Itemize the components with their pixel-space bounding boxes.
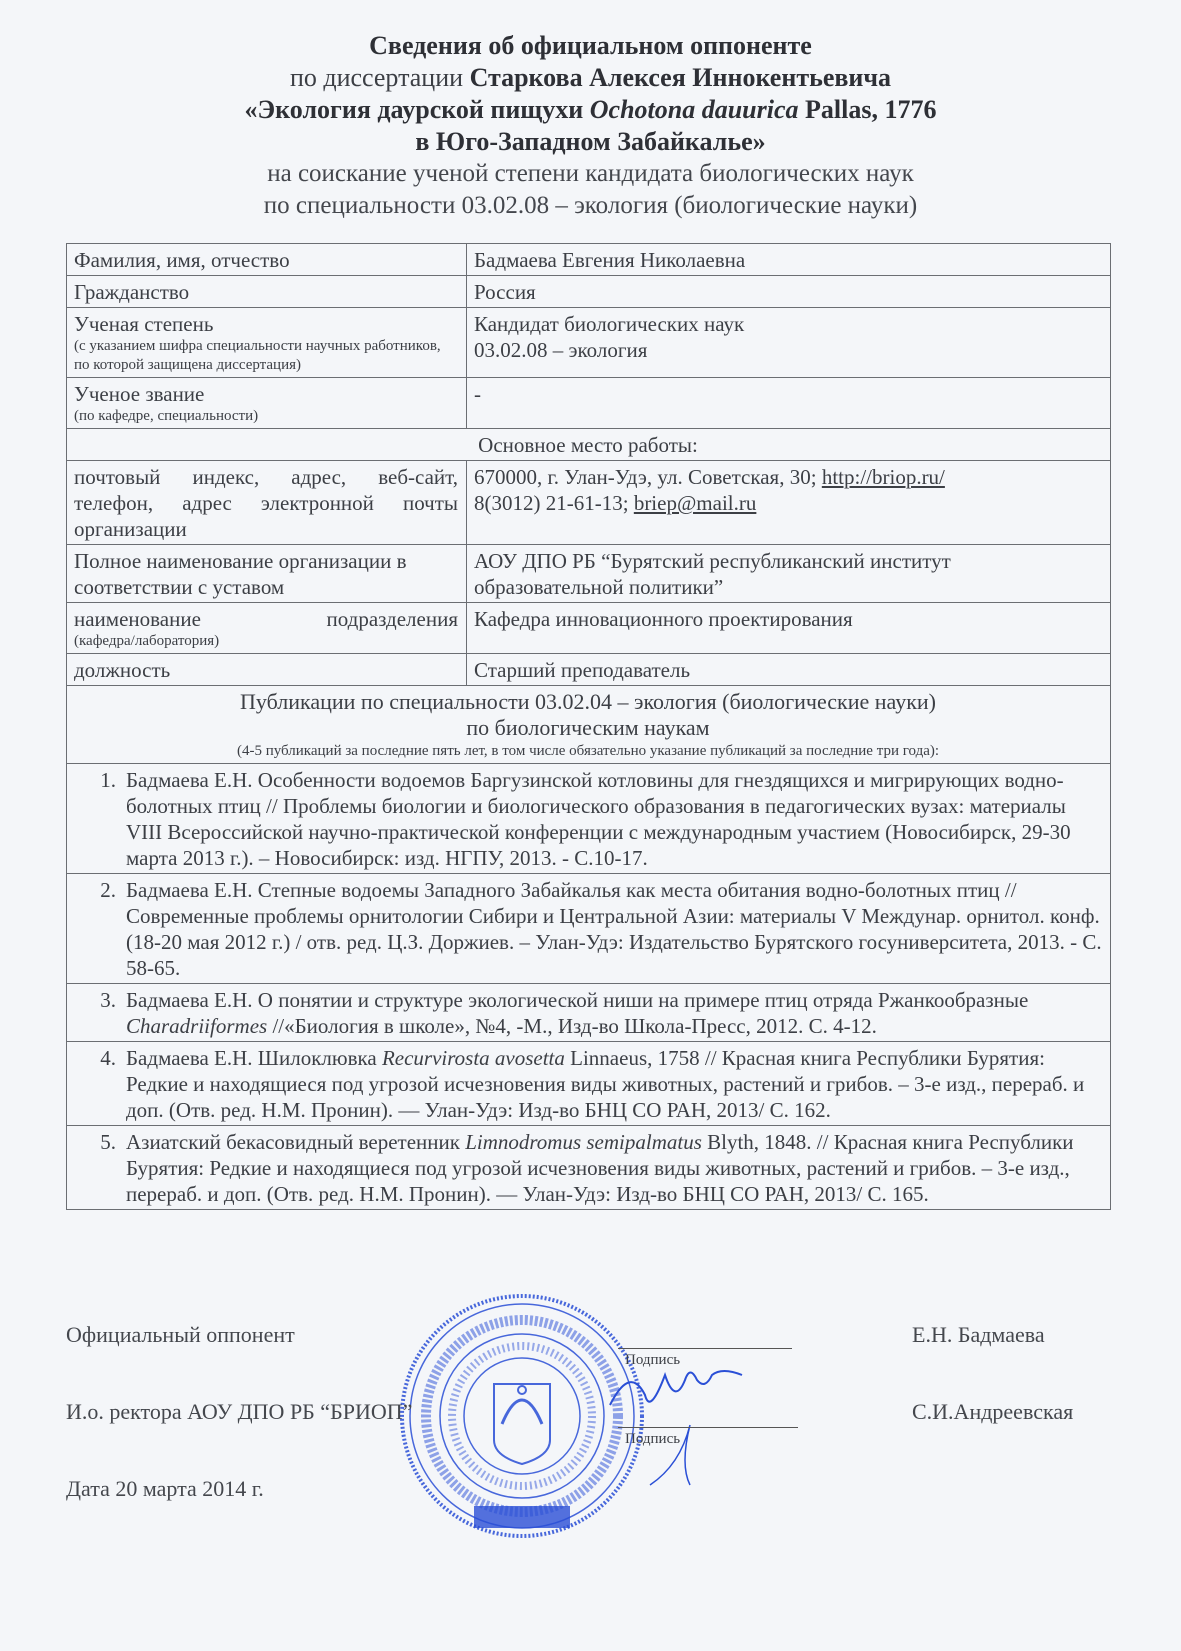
publication-item: 3.Бадмаева Е.Н. О понятии и структуре эк… <box>74 987 1102 1039</box>
table-row: Полное наименование организации в соотве… <box>67 545 1111 603</box>
publications-list: 1.Бадмаева Е.Н. Особенности водоемов Бар… <box>67 764 1111 1210</box>
dept-cell: наименование подразделения (кафедра/лабо… <box>67 603 467 654</box>
degree-line: на соискание ученой степени кандидата би… <box>0 158 1181 190</box>
publication-text: Бадмаева Е.Н. О понятии и структуре экол… <box>126 987 1102 1039</box>
publications-subheading: по биологическим наукам <box>74 715 1102 741</box>
specialty-line: по специальности 03.02.08 – экология (би… <box>0 190 1181 222</box>
dissertation-line: по диссертации Старкова Алексея Иннокент… <box>0 62 1181 94</box>
publication-cell: 4.Бадмаева Е.Н. Шилоклювка Recurvirosta … <box>67 1042 1111 1126</box>
degree-value: Кандидат биологических наук <box>474 311 1102 337</box>
dept-note: (кафедра/лаборатория) <box>74 632 458 651</box>
table-row: должность Старший преподаватель <box>67 654 1111 686</box>
thesis-title-line2: в Юго-Западном Забайкалье» <box>0 126 1181 158</box>
publication-cell: 5.Азиатский бекасовидный веретенник Limn… <box>67 1126 1111 1210</box>
publications-note: (4-5 публикаций за последние пять лет, в… <box>74 741 1102 761</box>
rector-label: И.о. ректора АОУ ДПО РБ “БРИОП” <box>66 1399 412 1425</box>
table-row: Ученая степень (с указанием шифра специа… <box>67 308 1111 378</box>
table-row: почтовый индекс, адрес, веб-сайт, телефо… <box>67 461 1111 545</box>
position-label: должность <box>67 654 467 686</box>
table-row: Ученое звание (по кафедре, специальности… <box>67 378 1111 429</box>
workplace-header: Основное место работы: <box>67 429 1111 461</box>
fio-value: Бадмаева Евгения Николаевна <box>467 244 1111 276</box>
document-header: Сведения об официальном оппоненте по дис… <box>0 30 1181 222</box>
address-label: почтовый индекс, адрес, веб-сайт, телефо… <box>67 461 467 545</box>
opponent-info-table: Фамилия, имя, отчество Бадмаева Евгения … <box>66 243 1111 1210</box>
publication-item: 4.Бадмаева Е.Н. Шилоклювка Recurvirosta … <box>74 1045 1102 1123</box>
rector-name: С.И.Андреевская <box>912 1399 1073 1425</box>
species-name: Charadriiformes <box>126 1014 267 1038</box>
address-value: 670000, г. Улан-Удэ, ул. Советская, 30; <box>474 465 822 489</box>
document-title: Сведения об официальном оппоненте <box>0 30 1181 62</box>
publication-item: 2.Бадмаева Е.Н. Степные водоемы Западног… <box>74 877 1102 981</box>
dept-value: Кафедра инновационного проектирования <box>467 603 1111 654</box>
publication-cell: 2.Бадмаева Е.Н. Степные водоемы Западног… <box>67 874 1111 984</box>
species-name: Limnodromus semipalmatus <box>465 1130 702 1154</box>
academic-title-note: (по кафедре, специальности) <box>74 407 458 426</box>
table-row: Фамилия, имя, отчество Бадмаева Евгения … <box>67 244 1111 276</box>
degree-value-cell: Кандидат биологических наук 03.02.08 – э… <box>467 308 1111 378</box>
publication-text: Бадмаева Е.Н. Особенности водоемов Баргу… <box>126 767 1102 871</box>
opponent-label: Официальный оппонент <box>66 1322 295 1348</box>
publication-text: Бадмаева Е.Н. Шилоклювка Recurvirosta av… <box>126 1045 1102 1123</box>
website-link[interactable]: http://briop.ru/ <box>822 465 945 489</box>
org-label: Полное наименование организации в соотве… <box>67 545 467 603</box>
publications-heading: Публикации по специальности 03.02.04 – э… <box>74 689 1102 715</box>
publication-row: 1.Бадмаева Е.Н. Особенности водоемов Бар… <box>67 764 1111 874</box>
publication-cell: 3.Бадмаева Е.Н. О понятии и структуре эк… <box>67 984 1111 1042</box>
publication-row: 5.Азиатский бекасовидный веретенник Limn… <box>67 1126 1111 1210</box>
dept-label: наименование подразделения <box>74 606 458 632</box>
publication-number: 2. <box>82 877 126 981</box>
academic-title-label: Ученое звание <box>74 382 204 406</box>
publication-text: Бадмаева Е.Н. Степные водоемы Западного … <box>126 877 1102 981</box>
address-value-cell: 670000, г. Улан-Удэ, ул. Советская, 30; … <box>467 461 1111 545</box>
publication-row: 4.Бадмаева Е.Н. Шилоклювка Recurvirosta … <box>67 1042 1111 1126</box>
species-name: Recurvirosta avosetta <box>382 1046 565 1070</box>
signing-date: Дата 20 марта 2014 г. <box>66 1476 264 1502</box>
email-link[interactable]: briep@mail.ru <box>634 491 757 515</box>
rector-signature-line <box>618 1427 798 1428</box>
publication-item: 1.Бадмаева Е.Н. Особенности водоемов Бар… <box>74 767 1102 871</box>
org-value: АОУ ДПО РБ “Бурятский республиканский ин… <box>467 545 1111 603</box>
degree-specialty: 03.02.08 – экология <box>474 337 1102 363</box>
degree-cell: Ученая степень (с указанием шифра специа… <box>67 308 467 378</box>
publication-cell: 1.Бадмаева Е.Н. Особенности водоемов Бар… <box>67 764 1111 874</box>
academic-title-value: - <box>467 378 1111 429</box>
phone-value: 8(3012) 21-61-13; <box>474 491 634 515</box>
academic-title-cell: Ученое звание (по кафедре, специальности… <box>67 378 467 429</box>
publication-text: Азиатский бекасовидный веретенник Limnod… <box>126 1129 1102 1207</box>
candidate-name: Старкова Алексея Иннокентьевича <box>470 63 892 92</box>
rector-signature-label: Подпись <box>625 1431 680 1448</box>
degree-note: (с указанием шифра специальности научных… <box>74 337 458 375</box>
publication-number: 5. <box>82 1129 126 1207</box>
publication-row: 2.Бадмаева Е.Н. Степные водоемы Западног… <box>67 874 1111 984</box>
degree-label: Ученая степень <box>74 312 213 336</box>
table-row: Гражданство Россия <box>67 276 1111 308</box>
publication-row: 3.Бадмаева Е.Н. О понятии и структуре эк… <box>67 984 1111 1042</box>
position-value: Старший преподаватель <box>467 654 1111 686</box>
signature-icon <box>600 1365 780 1495</box>
opponent-signature-label: Подпись <box>625 1352 680 1369</box>
publication-item: 5.Азиатский бекасовидный веретенник Limn… <box>74 1129 1102 1207</box>
citizenship-label: Гражданство <box>67 276 467 308</box>
table-row: Основное место работы: <box>67 429 1111 461</box>
opponent-signature-line <box>618 1348 792 1349</box>
citizenship-value: Россия <box>467 276 1111 308</box>
table-row: наименование подразделения (кафедра/лабо… <box>67 603 1111 654</box>
opponent-name: Е.Н. Бадмаева <box>912 1322 1045 1348</box>
publication-number: 3. <box>82 987 126 1039</box>
species-name: Ochotona dauurica <box>590 95 799 124</box>
publication-number: 1. <box>82 767 126 871</box>
thesis-title-line1: «Экология даурской пищухи Ochotona dauur… <box>0 94 1181 126</box>
table-row: Публикации по специальности 03.02.04 – э… <box>67 686 1111 764</box>
publications-header-cell: Публикации по специальности 03.02.04 – э… <box>67 686 1111 764</box>
publication-number: 4. <box>82 1045 126 1123</box>
fio-label: Фамилия, имя, отчество <box>67 244 467 276</box>
